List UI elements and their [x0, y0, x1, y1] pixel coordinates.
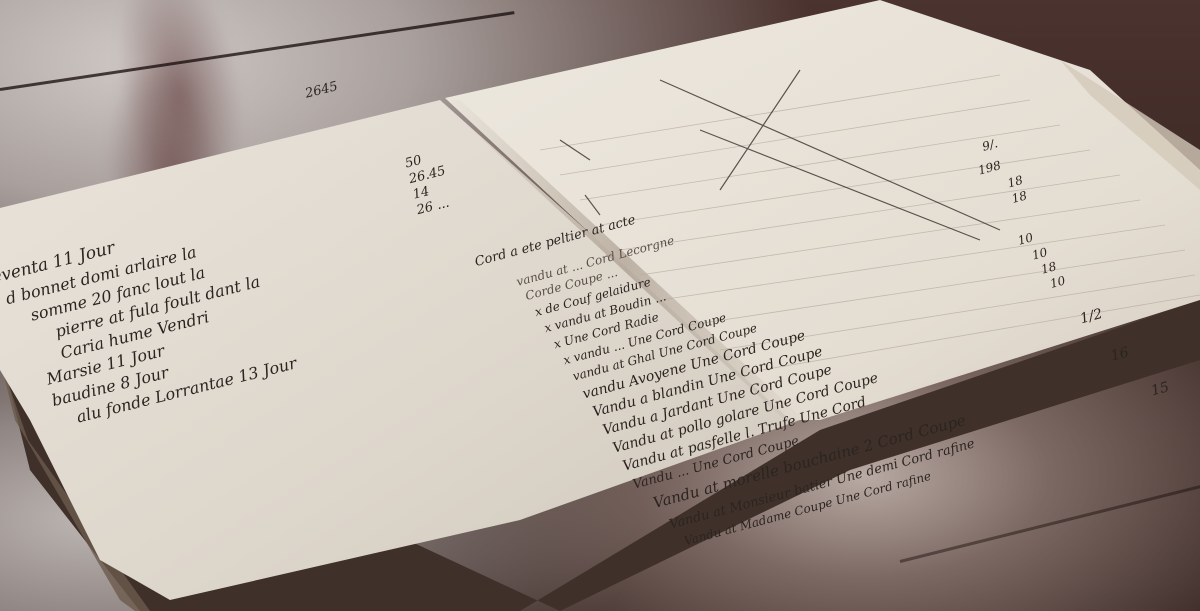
- svg-text:15: 15: [1149, 379, 1170, 399]
- notebook-pages: 2645 Leventa 11 Jour d bonnet domi arlai…: [0, 0, 1200, 611]
- photo-scene: 2645 Leventa 11 Jour d bonnet domi arlai…: [0, 0, 1200, 611]
- ledger-notebook: 2645 Leventa 11 Jour d bonnet domi arlai…: [0, 0, 1200, 611]
- svg-text:2645: 2645: [303, 79, 340, 102]
